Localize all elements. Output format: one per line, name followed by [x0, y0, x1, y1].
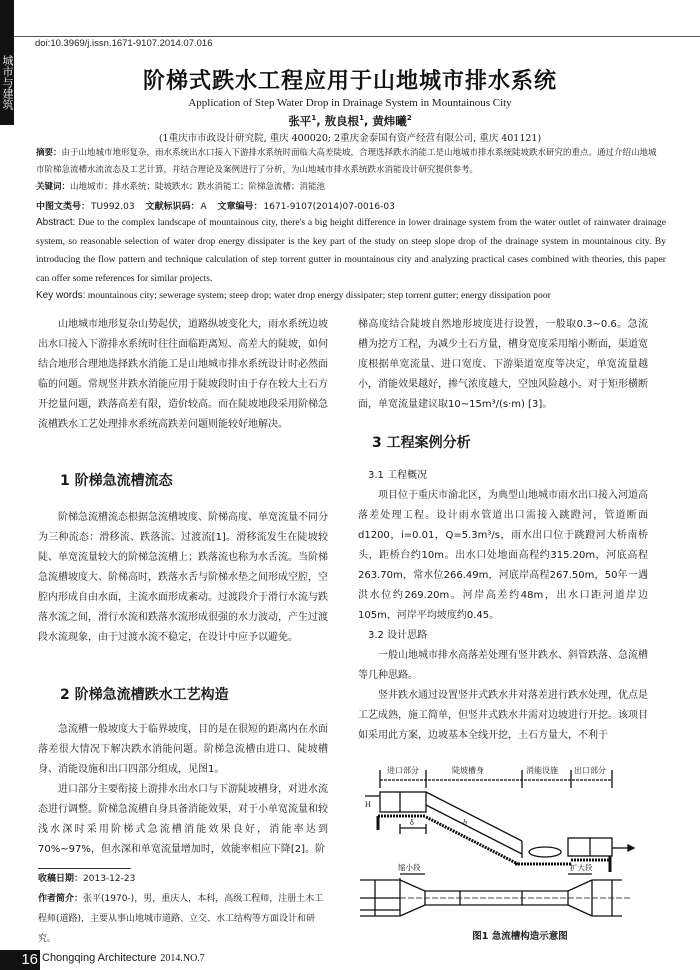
section-3-body: 3.1 工程概况 项目位于重庆市渝北区，为典型山地城市雨水出口接入河道高落差处理… [358, 466, 648, 746]
journal-name: Chongqing Architecture2014.NO.7 [42, 952, 205, 964]
author-affil-mark: 1 [311, 114, 316, 122]
affiliations: (1重庆市市政设计研究院, 重庆 400020; 2重庆金泰国有资产经营有限公司… [0, 130, 700, 144]
section-1-heading: 1 阶梯急流槽流态 [60, 470, 173, 490]
abstract-en-text: Due to the complex landscape of mountain… [36, 217, 666, 284]
bio-label: 作者简介： [38, 894, 83, 904]
author-list: 张平1, 敖良根1, 黄炜曦2 [0, 113, 700, 129]
fig-label-delta: δ [410, 818, 414, 827]
author-affil-mark: 2 [407, 114, 412, 122]
fig-label-narrow: 缩小段 [398, 862, 421, 873]
page-footer: 16 Chongqing Architecture2014.NO.7 [0, 950, 700, 970]
section-2-para-2: 进口部分主要衔接上游排水出水口与下游陡坡槽身，对进水流态进行调整。阶梯急流槽自身… [38, 780, 328, 860]
abstract-cn-label: 摘要： [36, 148, 62, 158]
doc-code-label: 文献标识码： [145, 202, 199, 212]
classification-meta: 中图文类号：TU992.03 文献标识码：A 文章编号：1671-9107(20… [36, 199, 403, 212]
figure-1: 进口部分 陡坡槽身 消能设施 出口部分 H δ b 缩小段 扩大段 图1 急流槽… [360, 750, 680, 950]
doi-text[interactable]: doi:10.3969/j.issn.1671-9107.2014.07.016 [35, 38, 212, 49]
paper-title-en: Application of Step Water Drop in Draina… [0, 97, 700, 109]
subsection-3-2-heading: 3.2 设计思路 [358, 626, 648, 646]
keywords-en-text: mountainous city; sewerage system; steep… [85, 290, 550, 301]
clc-value: TU992.03 [91, 202, 135, 212]
author-name: 张平 [288, 114, 311, 128]
subsection-3-1-text: 项目位于重庆市渝北区，为典型山地城市雨水出口接入河道高落差处理工程。设计雨水管道… [358, 486, 648, 626]
clc-label: 中图文类号： [36, 202, 90, 212]
header-rule [14, 36, 700, 37]
article-no-value: 1671-9107(2014)07-0016-03 [264, 202, 395, 212]
keywords-cn-text: 山地城市；排水系统；陡坡跌水；跌水消能工；阶梯急流槽；消能池 [70, 182, 325, 192]
intro-text: 山地城市地形复杂山势起伏，道路纵坡变化大，雨水系统边坡出水口接入下游排水系统时往… [38, 315, 328, 435]
keywords-en-label: Key words: [36, 290, 85, 301]
fig-label-slope: b [463, 818, 467, 827]
abstract-en-label: Abstract: [36, 217, 75, 228]
fig-label-H: H [365, 800, 371, 809]
subsection-3-1-heading: 3.1 工程概况 [358, 466, 648, 486]
page-number: 16 [0, 950, 40, 970]
author-affil-mark: 1 [359, 114, 364, 122]
section-2-para-3: 梯高度结合陡坡自然地形坡度进行设置，一般取0.3~0.6。急流槽为挖方工程，为减… [358, 315, 648, 415]
abstract-cn-text: 由于山地城市地形复杂，雨水系统出水口接入下游排水系统时面临大高差陡坡，合理选择跌… [36, 148, 657, 175]
article-no-label: 文章编号： [218, 202, 263, 212]
footnote: 收稿日期：2013-12-23 作者简介：张平(1970-)，男，重庆人，本科，… [38, 869, 328, 949]
fig-label-dissipation: 消能设施 [526, 765, 558, 776]
step-gutter-diagram [360, 750, 680, 925]
received-date: 2013-12-23 [83, 874, 135, 884]
fig-label-expand: 扩大段 [570, 862, 593, 873]
journal-title: Chongqing Architecture [42, 952, 156, 964]
author-name: 敖良根 [325, 114, 360, 128]
section-1-text: 阶梯急流槽流态根据急流槽坡度、阶梯高度、单宽流量不同分为三种流态：滑移流、跌落流… [38, 508, 328, 648]
section-3-heading: 3 工程案例分析 [372, 432, 471, 452]
fig-label-slope-body: 陡坡槽身 [452, 765, 484, 776]
received-label: 收稿日期： [38, 874, 83, 884]
figure-1-caption: 图1 急流槽构造示意图 [360, 928, 680, 942]
paper-title-cn: 阶梯式跌水工程应用于山地城市排水系统 [0, 64, 700, 95]
section-2-body: 急流槽一般坡度大于临界坡度，目的是在很短的距离内在水面落差很大情况下解决跌水消能… [38, 720, 328, 860]
keywords-cn-label: 关键词： [36, 182, 70, 192]
section-1-body: 阶梯急流槽流态根据急流槽坡度、阶梯高度、单宽流量不同分为三种流态：滑移流、跌落流… [38, 508, 328, 648]
author-name: 黄炜曦 [372, 114, 407, 128]
section-2-continued: 梯高度结合陡坡自然地形坡度进行设置，一般取0.3~0.6。急流槽为挖方工程，为减… [358, 315, 648, 415]
section-2-heading: 2 阶梯急流槽跌水工艺构造 [60, 684, 229, 704]
keywords-en: Key words: mountainous city; sewerage sy… [36, 290, 676, 301]
abstract-en: Abstract: Due to the complex landscape o… [36, 214, 666, 288]
section-2-para-1: 急流槽一般坡度大于临界坡度，目的是在很短的距离内在水面落差很大情况下解决跌水消能… [38, 720, 328, 780]
abstract-cn: 摘要：由于山地城市地形复杂，雨水系统出水口接入下游排水系统时面临大高差陡坡，合理… [36, 145, 660, 196]
subsection-3-2-para-2: 竖井跌水通过设置竖井式跌水井对落差进行跌水处理，优点是工艺成熟，施工简单，但竖井… [358, 686, 648, 746]
fig-label-inlet: 进口部分 [387, 765, 419, 776]
doc-code-value: A [200, 202, 206, 212]
journal-issue: 2014.NO.7 [160, 953, 204, 964]
subsection-3-2-para-1: 一般山地城市排水高落差处理有竖井跌水、斜管跌落、急流槽等几种思路。 [358, 646, 648, 686]
intro-paragraph: 山地城市地形复杂山势起伏，道路纵坡变化大，雨水系统边坡出水口接入下游排水系统时往… [38, 315, 328, 435]
fig-label-outlet: 出口部分 [574, 765, 606, 776]
